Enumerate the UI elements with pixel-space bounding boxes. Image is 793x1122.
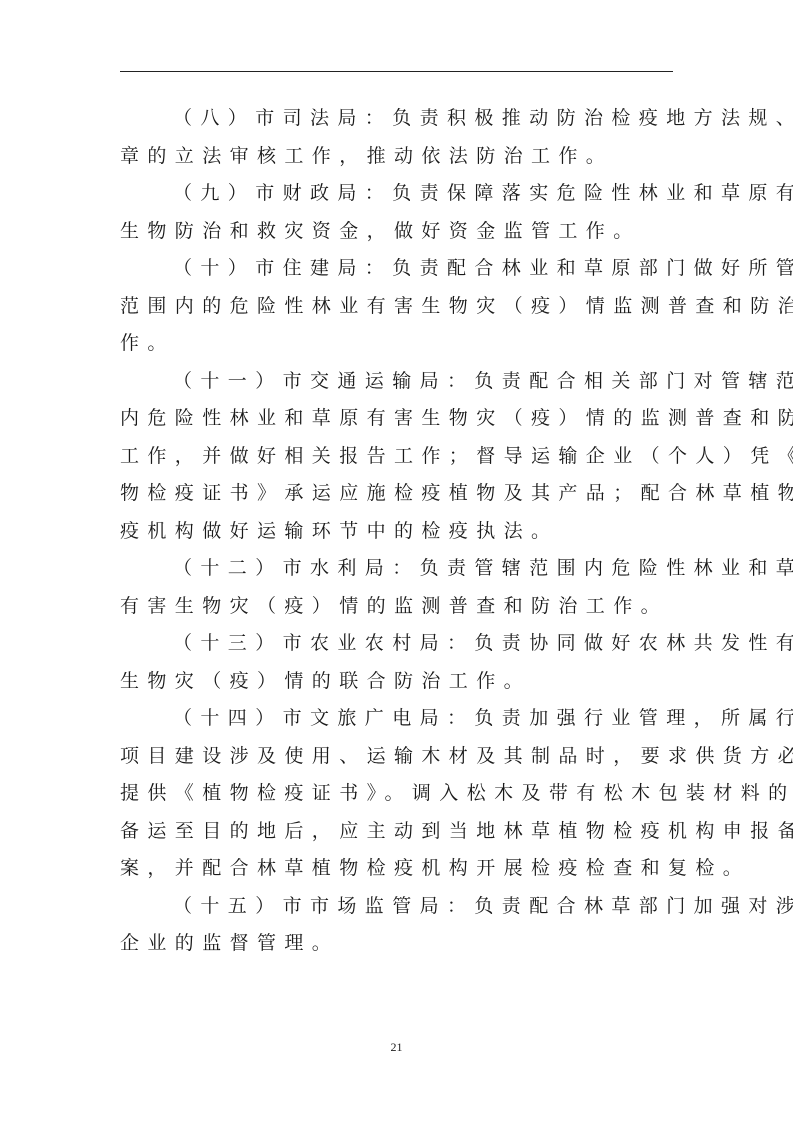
paragraph-line: 工作，并做好相关报告工作；督导运输企业（个人）凭《植 (120, 438, 680, 476)
paragraph-line: 疫机构做好运输环节中的检疫执法。 (120, 513, 680, 551)
paragraph-line: 内危险性林业和草原有害生物灾（疫）情的监测普查和防治 (120, 400, 680, 438)
paragraph-line: 企业的监督管理。 (120, 925, 680, 963)
paragraph-line: 作。 (120, 325, 680, 363)
document-page: （八）市司法局：负责积极推动防治检疫地方法规、规 章的立法审核工作，推动依法防治… (0, 0, 793, 1122)
paragraph-line: （十一）市交通运输局：负责配合相关部门对管辖范围 (120, 363, 680, 401)
paragraph-line: 物检疫证书》承运应施检疫植物及其产品；配合林草植物检 (120, 475, 680, 513)
header-rule (120, 71, 673, 72)
paragraph-line: 提供《植物检疫证书》。调入松木及带有松木包装材料的设 (120, 775, 680, 813)
paragraph-line: 备运至目的地后，应主动到当地林草植物检疫机构申报备 (120, 813, 680, 851)
paragraph-line: （十四）市文旅广电局：负责加强行业管理，所属行业 (120, 700, 680, 738)
paragraph-line: （八）市司法局：负责积极推动防治检疫地方法规、规 (120, 100, 680, 138)
body-text: （八）市司法局：负责积极推动防治检疫地方法规、规 章的立法审核工作，推动依法防治… (120, 100, 680, 963)
paragraph-line: 范围内的危险性林业有害生物灾（疫）情监测普查和防治工 (120, 288, 680, 326)
paragraph-line: 案，并配合林草植物检疫机构开展检疫检查和复检。 (120, 850, 680, 888)
paragraph-line: 生物防治和救灾资金，做好资金监管工作。 (120, 213, 680, 251)
paragraph-line: 有害生物灾（疫）情的监测普查和防治工作。 (120, 588, 680, 626)
paragraph-line: （十二）市水利局：负责管辖范围内危险性林业和草原 (120, 550, 680, 588)
paragraph-line: （十三）市农业农村局：负责协同做好农林共发性有害 (120, 625, 680, 663)
paragraph-line: 生物灾（疫）情的联合防治工作。 (120, 663, 680, 701)
paragraph-line: （九）市财政局：负责保障落实危险性林业和草原有害 (120, 175, 680, 213)
paragraph-line: （十五）市市场监管局：负责配合林草部门加强对涉木 (120, 888, 680, 926)
page-number: 21 (0, 1040, 793, 1055)
paragraph-line: （十）市住建局：负责配合林业和草原部门做好所管辖 (120, 250, 680, 288)
paragraph-line: 章的立法审核工作，推动依法防治工作。 (120, 138, 680, 176)
paragraph-line: 项目建设涉及使用、运输木材及其制品时，要求供货方必须 (120, 738, 680, 776)
